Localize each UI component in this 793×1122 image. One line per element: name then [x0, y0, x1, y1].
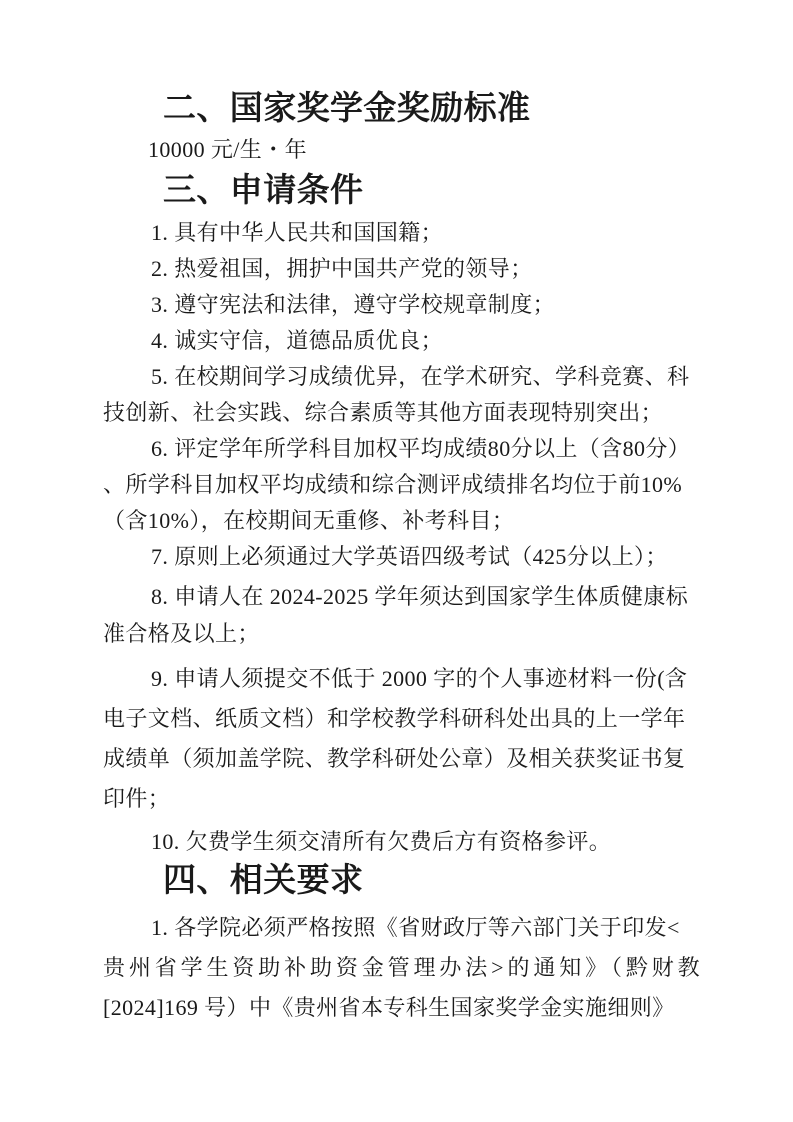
text-line: 成绩单（须加盖学院、教学科研处公章）及相关获奖证书复	[103, 739, 700, 779]
text-line: 10000 元/生・年	[103, 131, 700, 168]
text-line: 8. 申请人在 2024-2025 学年须达到国家学生体质健康标	[103, 578, 700, 615]
text-line: （含10%），在校期间无重修、补考科目；	[103, 503, 700, 539]
text-line: [2024]169 号）中《贵州省本专科生国家奖学金实施细则》	[103, 988, 700, 1028]
text-line: 、所学科目加权平均成绩和综合测评成绩排名均位于前10%	[103, 467, 700, 503]
text-line: 电子文档、纸质文档）和学校教学科研科处出具的上一学年	[103, 699, 700, 739]
section-heading-application-conditions: 三、申请条件	[103, 173, 700, 210]
list-item-9: 9. 申请人须提交不低于 2000 字的个人事迹材料一份(含 电子文档、纸质文档…	[103, 659, 700, 819]
list-item-2: 2. 热爱祖国，拥护中国共产党的领导；	[103, 251, 700, 287]
text-line: 贵州省学生资助补助资金管理办法>的通知》（黔财教	[103, 948, 700, 988]
text-line: 7. 原则上必须通过大学英语四级考试（425分以上）；	[103, 539, 700, 575]
list-item-3: 3. 遵守宪法和法律，遵守学校规章制度；	[103, 287, 700, 323]
section-heading-related-requirements: 四、相关要求	[103, 863, 700, 900]
text-line: 1. 具有中华人民共和国国籍；	[103, 215, 700, 251]
text-line: 2. 热爱祖国，拥护中国共产党的领导；	[103, 251, 700, 287]
heading-text: 四、相关要求	[103, 863, 700, 900]
text-line: 10. 欠费学生须交清所有欠费后方有资格参评。	[103, 823, 700, 860]
text-line: 6. 评定学年所学科目加权平均成绩80分以上（含80分）	[103, 431, 700, 467]
list-item-1: 1. 具有中华人民共和国国籍；	[103, 215, 700, 251]
paragraph-award-amount: 10000 元/生・年	[103, 131, 700, 168]
list-item-8: 8. 申请人在 2024-2025 学年须达到国家学生体质健康标 准合格及以上；	[103, 578, 700, 652]
list-item-requirements-1: 1. 各学院必须严格按照《省财政厅等六部门关于印发< 贵州省学生资助补助资金管理…	[103, 908, 700, 1028]
heading-text: 三、申请条件	[103, 173, 700, 210]
list-item-7: 7. 原则上必须通过大学英语四级考试（425分以上）；	[103, 539, 700, 575]
text-line: 印件；	[103, 779, 700, 819]
text-line: 1. 各学院必须严格按照《省财政厅等六部门关于印发<	[103, 908, 700, 948]
text-line: 5. 在校期间学习成绩优异，在学术研究、学科竞赛、科	[103, 359, 700, 395]
list-item-6: 6. 评定学年所学科目加权平均成绩80分以上（含80分） 、所学科目加权平均成绩…	[103, 431, 700, 539]
document-content: 二、国家奖学金奖励标准 10000 元/生・年 三、申请条件 1. 具有中华人民…	[103, 91, 700, 1028]
document-page: 二、国家奖学金奖励标准 10000 元/生・年 三、申请条件 1. 具有中华人民…	[0, 0, 793, 1122]
text-line: 3. 遵守宪法和法律，遵守学校规章制度；	[103, 287, 700, 323]
text-line: 9. 申请人须提交不低于 2000 字的个人事迹材料一份(含	[103, 659, 700, 699]
heading-text: 二、国家奖学金奖励标准	[103, 91, 700, 128]
text-line: 准合格及以上；	[103, 615, 700, 652]
text-line: 技创新、社会实践、综合素质等其他方面表现特别突出；	[103, 395, 700, 431]
section-heading-award-standard: 二、国家奖学金奖励标准	[103, 91, 700, 128]
list-item-4: 4. 诚实守信，道德品质优良；	[103, 323, 700, 359]
list-item-10: 10. 欠费学生须交清所有欠费后方有资格参评。	[103, 823, 700, 860]
text-line: 4. 诚实守信，道德品质优良；	[103, 323, 700, 359]
list-item-5: 5. 在校期间学习成绩优异，在学术研究、学科竞赛、科 技创新、社会实践、综合素质…	[103, 359, 700, 431]
